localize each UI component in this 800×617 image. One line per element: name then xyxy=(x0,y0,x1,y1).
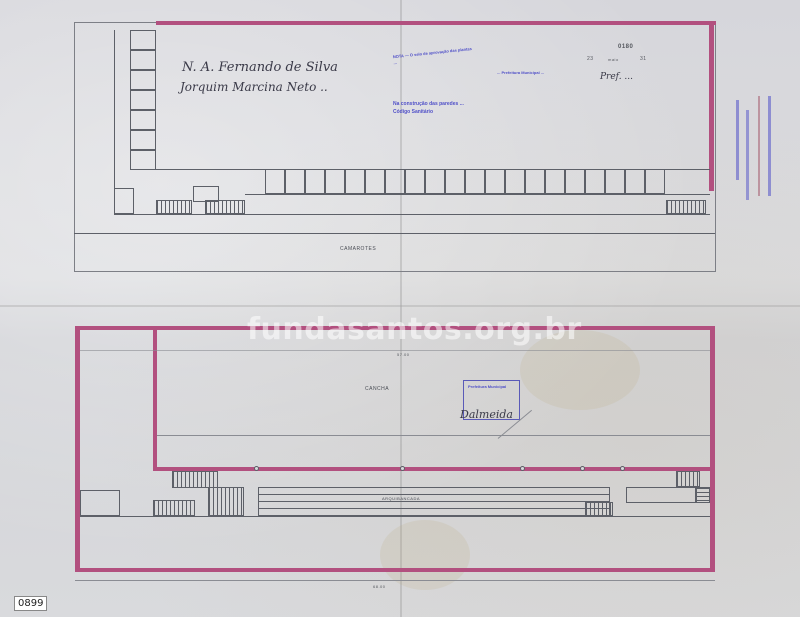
approval-stamp: 0180 23 maio 31 Pref. ... xyxy=(580,40,670,95)
margin-stamp-line xyxy=(758,96,760,196)
margin-stamp-line xyxy=(746,110,749,200)
court-line xyxy=(157,435,710,436)
approval-number: 0180 xyxy=(618,44,633,50)
box-cell xyxy=(130,50,156,70)
document-id-badge: 0899 xyxy=(14,596,47,611)
dimension-top: 57.00 xyxy=(397,352,410,357)
construction-stamp: Na construção das paredes ... Código San… xyxy=(393,100,467,116)
box-cell xyxy=(585,169,605,194)
dimension-line xyxy=(75,580,715,581)
approval-signature: Pref. ... xyxy=(600,72,633,82)
ground-line xyxy=(74,233,715,234)
stairs xyxy=(666,200,706,214)
gallery-line xyxy=(245,194,710,195)
landing xyxy=(626,487,696,503)
room-label-camarotes: CAMAROTES xyxy=(340,246,376,252)
approval-month: maio xyxy=(608,57,619,62)
box-cell xyxy=(645,169,665,194)
column-marker xyxy=(254,466,259,471)
column-marker xyxy=(400,466,405,471)
upper-wall-right xyxy=(709,21,714,191)
small-room xyxy=(80,490,120,516)
box-cell xyxy=(265,169,285,194)
small-room xyxy=(114,188,134,214)
box-cell xyxy=(130,130,156,150)
column-marker xyxy=(580,466,585,471)
box-cell xyxy=(545,169,565,194)
stairs xyxy=(676,471,700,487)
box-cell xyxy=(130,90,156,110)
margin-stamp-line xyxy=(736,100,739,180)
box-cell xyxy=(130,110,156,130)
court-wall-left xyxy=(153,326,157,470)
box-cell xyxy=(345,169,365,194)
lower-wall-bottom xyxy=(75,568,715,572)
stamp-text: Prefeitura Municipal xyxy=(468,384,506,390)
box-cell xyxy=(130,70,156,90)
court-wall-bottom xyxy=(153,467,713,471)
municipal-stamp: ... Prefeitura Municipal ... xyxy=(497,70,577,76)
column-marker xyxy=(620,466,625,471)
stamp-signature: Dalmeida xyxy=(460,408,513,421)
bleacher-row xyxy=(258,508,610,509)
stands-line xyxy=(80,516,710,517)
approval-day: 23 xyxy=(587,56,594,62)
box-cell xyxy=(625,169,645,194)
signature: Jorquim Marcina Neto .. xyxy=(180,80,328,94)
signature: N. A. Fernando de Silva xyxy=(182,60,338,75)
column-marker xyxy=(520,466,525,471)
stairs xyxy=(153,500,195,516)
lower-wall-right xyxy=(710,326,715,572)
box-cell xyxy=(405,169,425,194)
box-cell xyxy=(385,169,405,194)
upper-wall-top xyxy=(156,21,716,25)
box-cell xyxy=(285,169,305,194)
box-cell xyxy=(605,169,625,194)
stairs xyxy=(205,200,245,214)
box-cell xyxy=(130,30,156,50)
box-cell xyxy=(365,169,385,194)
stairs xyxy=(156,200,192,214)
paper-fold xyxy=(0,305,800,307)
gallery-line xyxy=(114,214,710,215)
box-cell xyxy=(485,169,505,194)
stairs xyxy=(696,487,710,503)
bleacher-row xyxy=(258,494,610,495)
room-label-cancha: CANCHA xyxy=(365,386,389,392)
stairs xyxy=(585,502,613,516)
dimension-bottom: 68.00 xyxy=(373,584,386,589)
wall-line xyxy=(114,30,115,214)
box-cell xyxy=(305,169,325,194)
approval-year: 31 xyxy=(640,56,647,62)
box-cell xyxy=(505,169,525,194)
box-cell xyxy=(325,169,345,194)
watermark: fundasantos.org.br xyxy=(247,312,567,347)
blueprint-sheet: CAMAROTES N. A. Fernando de Silva Jorqui… xyxy=(0,0,800,617)
box-cell xyxy=(130,150,156,170)
stairs xyxy=(172,471,218,488)
margin-stamp-line xyxy=(768,96,771,196)
box-cell xyxy=(565,169,585,194)
box-cell xyxy=(445,169,465,194)
bench-label: ARQUIBANCADA xyxy=(382,496,420,501)
bleacher-row xyxy=(258,501,610,502)
box-cell xyxy=(425,169,445,194)
dimension-line xyxy=(80,350,710,351)
lower-wall-left xyxy=(75,326,80,572)
stairs xyxy=(208,487,244,516)
box-cell xyxy=(525,169,545,194)
box-cell xyxy=(465,169,485,194)
